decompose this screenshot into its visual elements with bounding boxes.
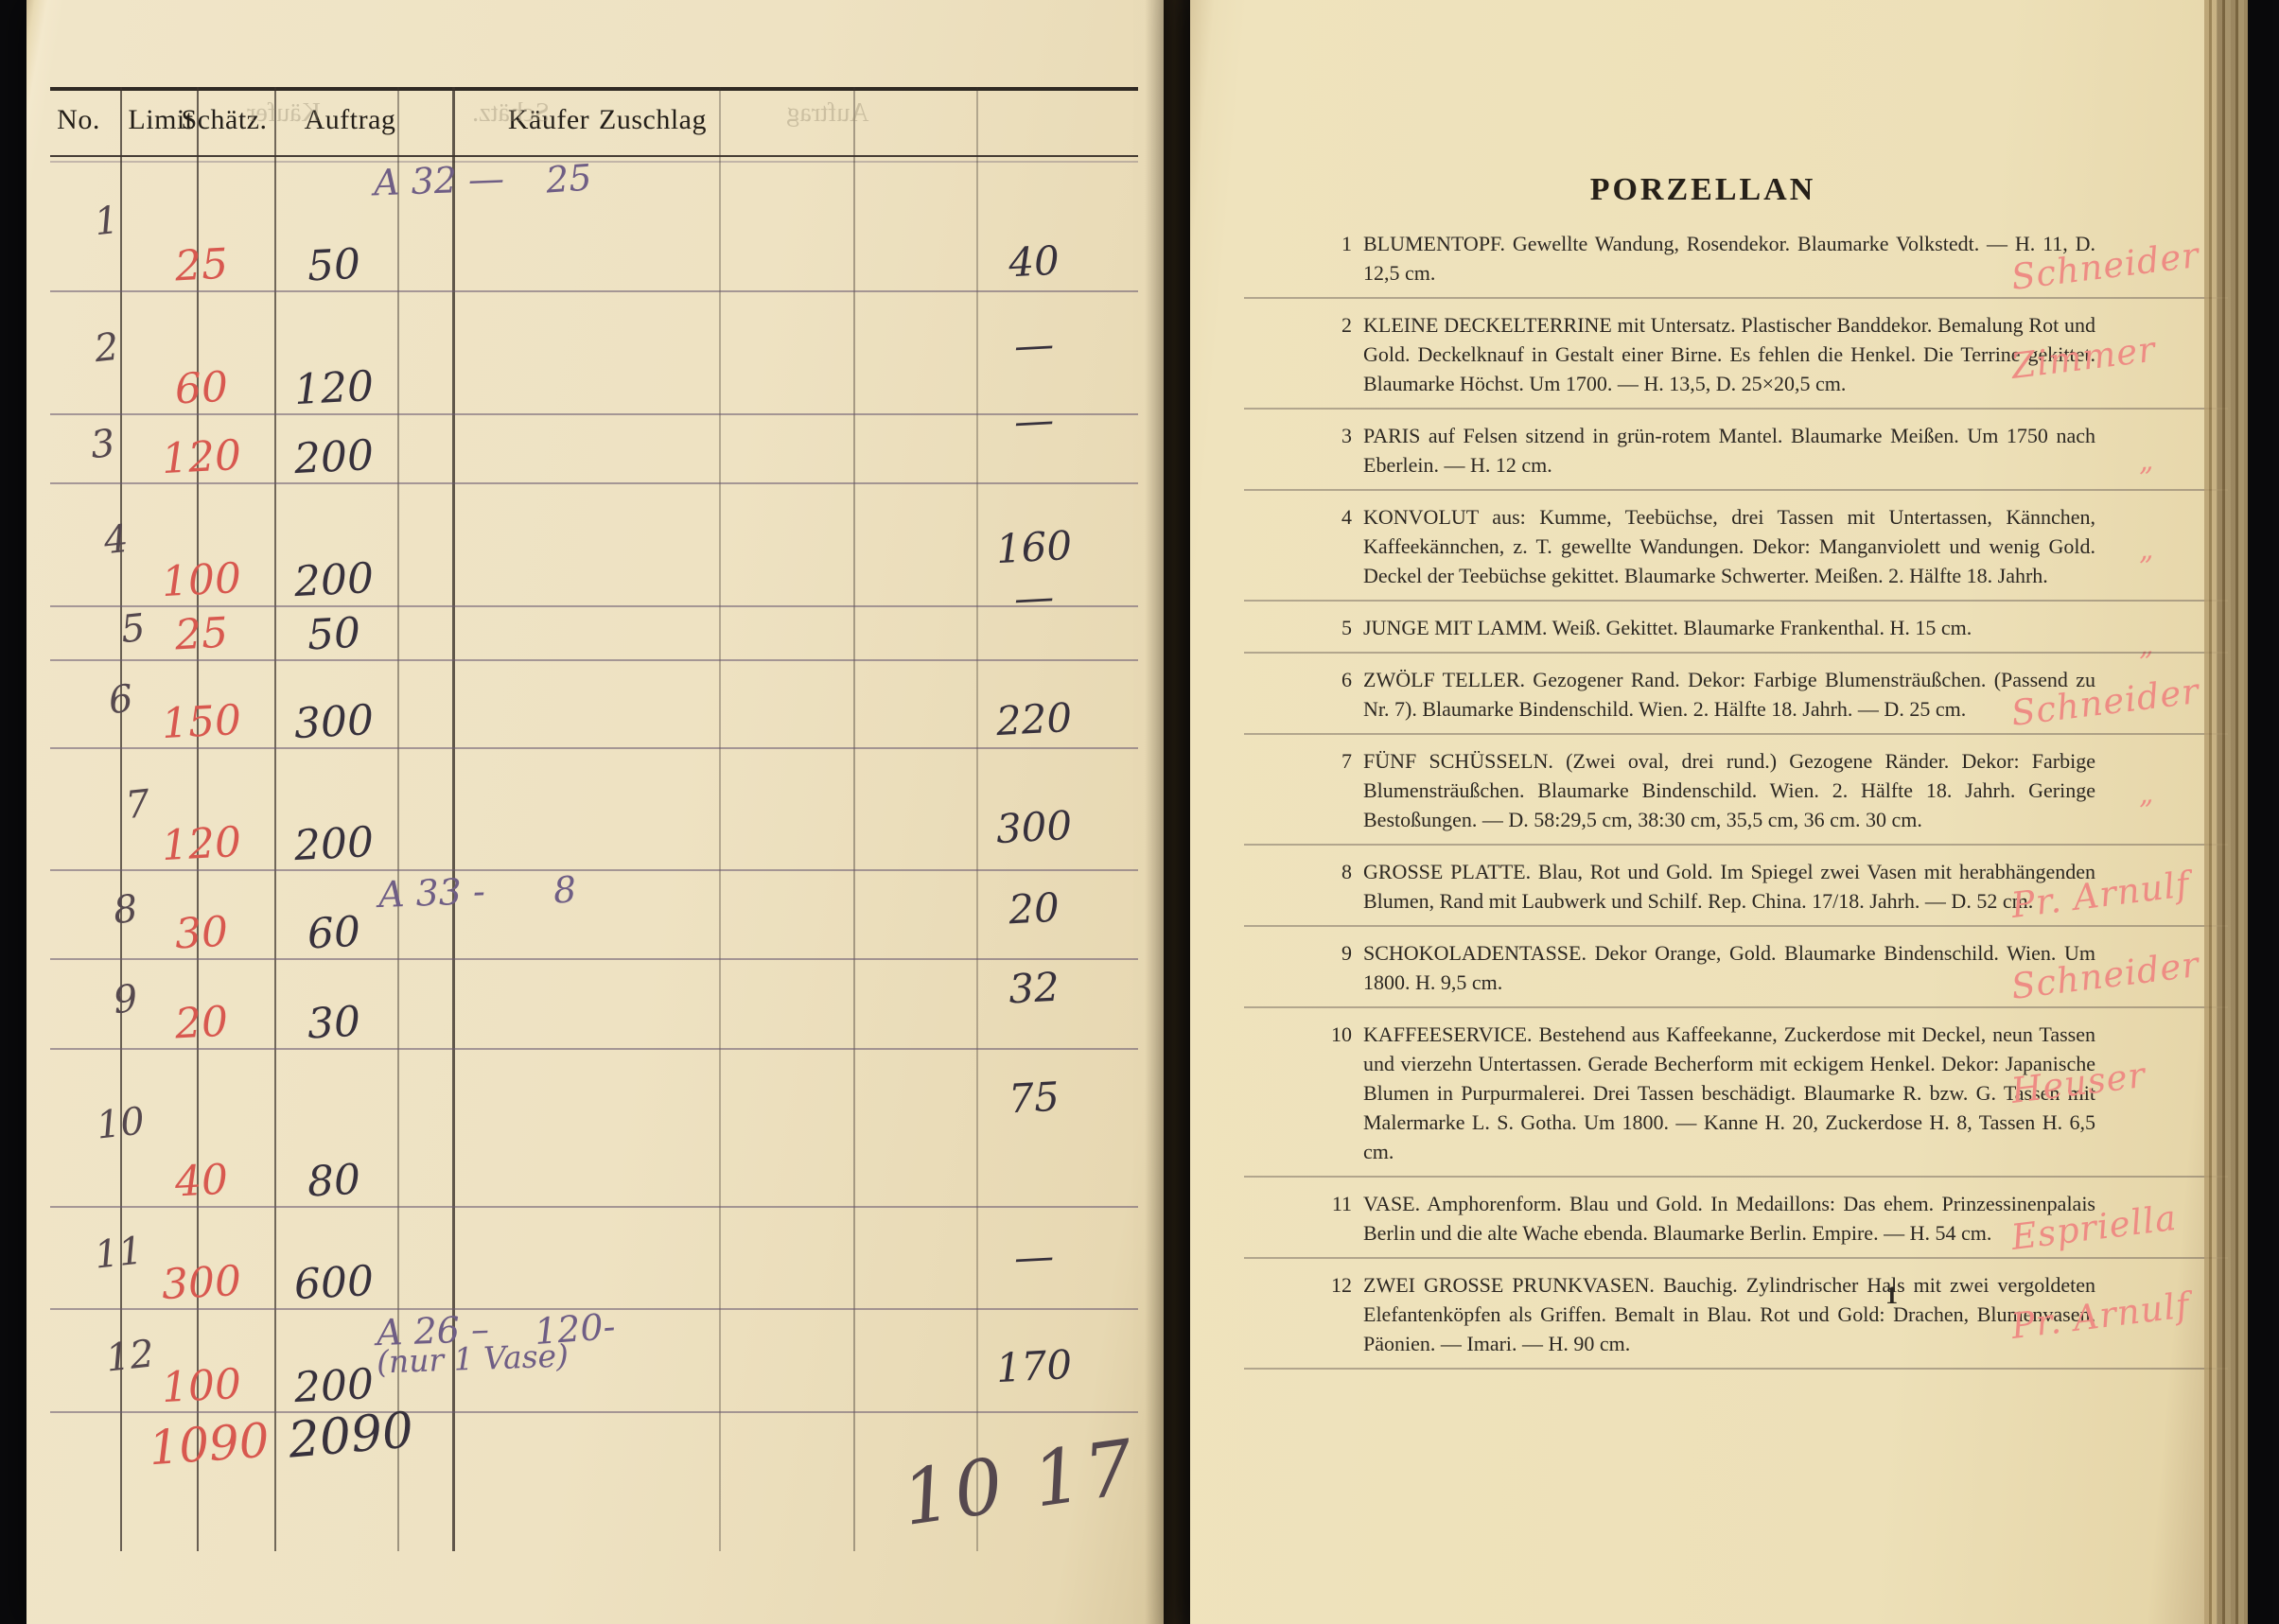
- lot-item: 5JUNGE MIT LAMM. Weiß. Gekittet. Blaumar…: [1310, 613, 2095, 642]
- zuschlag-total: 10 17: [893, 1428, 1148, 1537]
- zuschlag-value: 300: [957, 804, 1111, 851]
- limit-value: 25: [139, 611, 264, 659]
- ledger-row-rule: [50, 869, 1138, 871]
- lot-number-handwritten: 8: [112, 890, 139, 930]
- lot-item: 4KONVOLUT aus: Kumme, Teebüchse, drei Ta…: [1310, 502, 2095, 590]
- ledger-header-rule: [50, 155, 1138, 157]
- ledger-row-rule: [50, 290, 1138, 292]
- lot-number: 7: [1310, 746, 1363, 834]
- limit-value: 100: [139, 557, 264, 605]
- lot-item: 6ZWÖLF TELLER. Gezogener Rand. Dekor: Fa…: [1310, 665, 2095, 724]
- ledger-column-rule: [719, 87, 721, 1551]
- limit-value: 20: [139, 1000, 264, 1048]
- auftrag-note: A 33 -: [377, 873, 485, 913]
- lot-number: 4: [1310, 502, 1363, 590]
- lot-description: GROSSE PLATTE. Blau, Rot und Gold. Im Sp…: [1363, 857, 2095, 916]
- lot-number-handwritten: 10: [95, 1102, 147, 1144]
- ledger-column-rule: [853, 87, 855, 1551]
- limit-value: 150: [139, 699, 264, 747]
- bleedthrough-text: Schätz.: [472, 98, 550, 129]
- auftrag-note-detail: (nur 1 Vase): [376, 1339, 569, 1377]
- lot-number-handwritten: 2: [93, 328, 120, 368]
- auftrag-note-amount: 25: [545, 159, 593, 198]
- lot-item: 11VASE. Amphorenform. Blau und Gold. In …: [1310, 1189, 2095, 1248]
- ledger-page: No.LimitSchätz.AuftragKäuferZuschlagKäuf…: [26, 0, 1164, 1624]
- ledger-row-rule: [50, 659, 1138, 661]
- zuschlag-value: 160: [957, 524, 1111, 571]
- schaetz-value: 200: [267, 820, 401, 868]
- lot-number-handwritten: 7: [124, 784, 151, 824]
- page-edge-stack: [2204, 0, 2248, 1624]
- catalog-text-block: PORZELLAN 1BLUMENTOPF. Gewellte Wandung,…: [1310, 172, 2095, 1381]
- lot-number: 8: [1310, 857, 1363, 916]
- ledger-column-rule: [120, 87, 122, 1551]
- limit-value: 40: [139, 1158, 264, 1206]
- lot-number: 1: [1310, 229, 1363, 288]
- bleedthrough-text: Auftrag: [786, 98, 868, 129]
- auction-catalog-spread: No.LimitSchätz.AuftragKäuferZuschlagKäuf…: [0, 0, 2279, 1624]
- lot-number-handwritten: 1: [93, 201, 120, 240]
- lot-number: 3: [1310, 421, 1363, 480]
- lot-description: SCHOKOLADENTASSE. Dekor Orange, Gold. Bl…: [1363, 938, 2095, 997]
- lot-number-handwritten: 9: [112, 979, 139, 1019]
- lot-description: ZWÖLF TELLER. Gezogener Rand. Dekor: Far…: [1363, 665, 2095, 724]
- lot-item: 2KLEINE DECKELTERRINE mit Untersatz. Pla…: [1310, 310, 2095, 398]
- lot-number: 11: [1310, 1189, 1363, 1248]
- limit-value: 60: [139, 365, 264, 413]
- ledger-row-rule: [50, 1411, 1138, 1413]
- lot-description: PARIS auf Felsen sitzend in grün-rotem M…: [1363, 421, 2095, 480]
- lot-item: 1BLUMENTOPF. Gewellte Wandung, Rosendeko…: [1310, 229, 2095, 288]
- zuschlag-value: 40: [957, 238, 1111, 286]
- lot-item: 7FÜNF SCHÜSSELN. (Zwei oval, drei rund.)…: [1310, 746, 2095, 834]
- limit-value: 120: [139, 434, 264, 482]
- zuschlag-value: 20: [957, 885, 1111, 933]
- ledger-row-rule: [50, 958, 1138, 960]
- lot-number-handwritten: 6: [107, 679, 134, 719]
- schaetz-value: 200: [267, 433, 401, 481]
- zuschlag-value: —: [957, 322, 1111, 369]
- catalog-page: PORZELLAN 1BLUMENTOPF. Gewellte Wandung,…: [1190, 0, 2217, 1624]
- lot-number: 9: [1310, 938, 1363, 997]
- zuschlag-value: —: [957, 397, 1111, 445]
- lot-description: KLEINE DECKELTERRINE mit Untersatz. Plas…: [1363, 310, 2095, 398]
- ledger-top-rule: [50, 87, 1138, 91]
- lot-item: 12ZWEI GROSSE PRUNKVASEN. Bauchig. Zylin…: [1310, 1270, 2095, 1358]
- schaetz-total: 2090: [269, 1405, 433, 1468]
- zuschlag-value: 32: [957, 965, 1111, 1012]
- schaetz-value: 600: [267, 1259, 401, 1307]
- ledger-row-rule: [50, 1206, 1138, 1208]
- auftrag-note-amount: 8: [552, 871, 578, 909]
- schaetz-value: 30: [267, 999, 401, 1047]
- lot-item: 9SCHOKOLADENTASSE. Dekor Orange, Gold. B…: [1310, 938, 2095, 997]
- zuschlag-value: 220: [957, 696, 1111, 743]
- ledger-header-zuschlag: Zuschlag: [599, 104, 707, 136]
- schaetz-value: 120: [267, 364, 401, 412]
- limit-total: 1090: [136, 1416, 281, 1473]
- schaetz-value: 60: [267, 909, 401, 957]
- page-number: 1: [1885, 1282, 1898, 1310]
- schaetz-value: 80: [267, 1157, 401, 1205]
- lot-number: 5: [1310, 613, 1363, 642]
- lot-description: KAFFEESERVICE. Bestehend aus Kaffeekanne…: [1363, 1020, 2095, 1166]
- lot-item: 8GROSSE PLATTE. Blau, Rot und Gold. Im S…: [1310, 857, 2095, 916]
- zuschlag-value: —: [957, 574, 1111, 621]
- limit-value: 30: [139, 910, 264, 958]
- schaetz-value: 300: [267, 698, 401, 746]
- lot-number: 6: [1310, 665, 1363, 724]
- zuschlag-value: 170: [957, 1343, 1111, 1390]
- lot-description: FÜNF SCHÜSSELN. (Zwei oval, drei rund.) …: [1363, 746, 2095, 834]
- lot-description: ZWEI GROSSE PRUNKVASEN. Bauchig. Zylindr…: [1363, 1270, 2095, 1358]
- page-title: PORZELLAN: [1310, 172, 2095, 208]
- limit-value: 25: [139, 242, 264, 290]
- auftrag-note: A 32 —: [373, 161, 504, 201]
- lot-list: 1BLUMENTOPF. Gewellte Wandung, Rosendeko…: [1310, 229, 2095, 1358]
- lot-number-handwritten: 3: [89, 424, 116, 463]
- ledger-row-rule: [50, 1048, 1138, 1050]
- lot-number: 2: [1310, 310, 1363, 398]
- lot-number: 12: [1310, 1270, 1363, 1358]
- limit-value: 120: [139, 821, 264, 869]
- schaetz-value: 200: [267, 556, 401, 604]
- ledger-column-rule: [274, 87, 276, 1551]
- schaetz-value: 50: [267, 241, 401, 289]
- ledger-header-rule2: [50, 161, 1138, 163]
- schaetz-value: 50: [267, 610, 401, 658]
- zuschlag-value: —: [957, 1233, 1111, 1281]
- ledger-row-rule: [50, 482, 1138, 484]
- lot-number-handwritten: 4: [102, 520, 130, 560]
- lot-item: 10KAFFEESERVICE. Bestehend aus Kaffeekan…: [1310, 1020, 2095, 1166]
- zuschlag-value: 75: [957, 1074, 1111, 1122]
- ledger-row-rule: [50, 747, 1138, 749]
- limit-value: 100: [139, 1363, 264, 1411]
- limit-value: 300: [139, 1260, 264, 1308]
- lot-item: 3PARIS auf Felsen sitzend in grün-rotem …: [1310, 421, 2095, 480]
- lot-description: VASE. Amphorenform. Blau und Gold. In Me…: [1363, 1189, 2095, 1248]
- lot-number: 10: [1310, 1020, 1363, 1166]
- bleedthrough-text: Käufer: [247, 98, 321, 129]
- lot-number-handwritten: 11: [93, 1231, 145, 1274]
- ledger-header-no: No.: [57, 104, 100, 136]
- lot-description: KONVOLUT aus: Kumme, Teebüchse, drei Tas…: [1363, 502, 2095, 590]
- lot-description: JUNGE MIT LAMM. Weiß. Gekittet. Blaumark…: [1363, 613, 2095, 642]
- ledger-column-rule: [197, 87, 199, 1551]
- lot-description: BLUMENTOPF. Gewellte Wandung, Rosendekor…: [1363, 229, 2095, 288]
